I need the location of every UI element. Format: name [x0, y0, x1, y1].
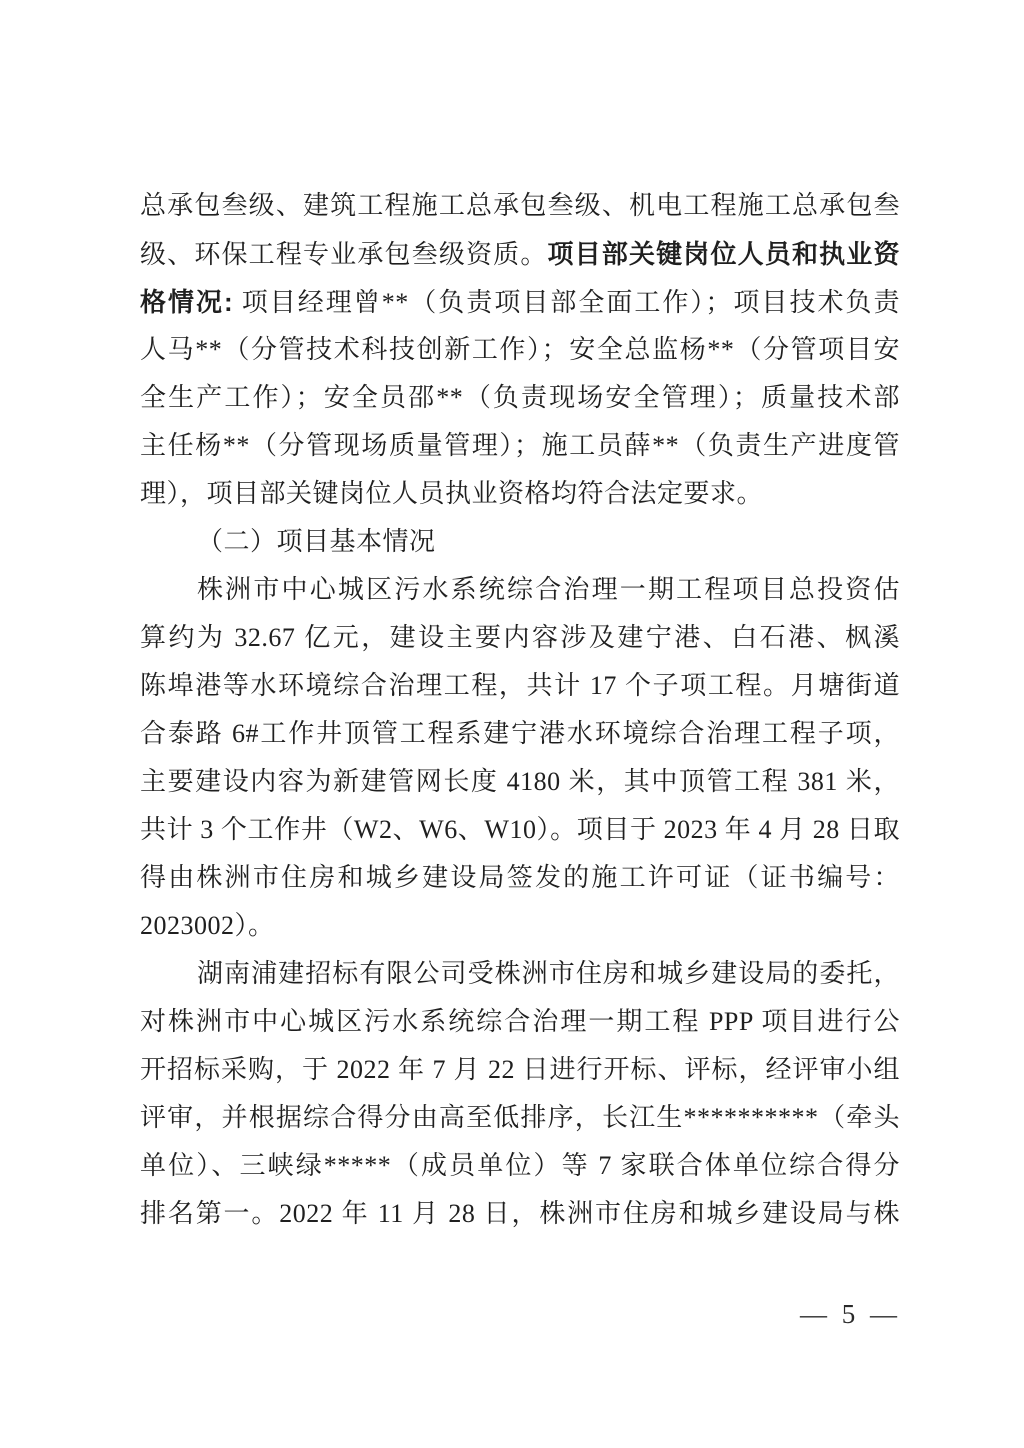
text-segment: （二）项目基本情况 [197, 527, 436, 556]
text-line: 湖南浦建招标有限公司受株洲市住房和城乡建设局的委托， [140, 950, 900, 998]
text-segment: 陈埠港等水环境综合治理工程，共计 17 个子项工程。月塘街道 [140, 671, 900, 700]
text-segment: 得由株洲市住房和城乡建设局签发的施工许可证（证书编号： [140, 863, 900, 892]
text-line: 陈埠港等水环境综合治理工程，共计 17 个子项工程。月塘街道 [140, 662, 900, 710]
text-line: 对株洲市中心城区污水系统综合治理一期工程 PPP 项目进行公 [140, 998, 900, 1046]
text-line: 算约为 32.67 亿元，建设主要内容涉及建宁港、白石港、枫溪港、 [140, 614, 900, 662]
text-line: 2023002）。 [140, 902, 900, 950]
text-segment: 共计 3 个工作井（W2、W6、W10）。项目于 2023 年 4 月 28 日… [140, 815, 900, 844]
text-segment: 主要建设内容为新建管网长度 4180 米，其中顶管工程 381 米， [140, 767, 900, 796]
text-segment: 评审，并根据综合得分由高至低排序，长江生**********（牵头 [140, 1103, 900, 1132]
text-line: 格情况: 项目经理曾**（负责项目部全面工作）；项目技术负责 [140, 278, 900, 326]
text-line: 株洲市中心城区污水系统综合治理一期工程项目总投资估 [140, 566, 900, 614]
text-line: 评审，并根据综合得分由高至低排序，长江生**********（牵头 [140, 1094, 900, 1142]
text-line: 单位）、三峡绿*****（成员单位）等 7 家联合体单位综合得分 [140, 1142, 900, 1190]
text-segment: 总承包叁级、建筑工程施工总承包叁级、机电工程施工总承包叁 [140, 191, 900, 220]
text-segment: 项目经理曾**（负责项目部全面工作）；项目技术负责 [233, 288, 900, 317]
text-line: 共计 3 个工作井（W2、W6、W10）。项目于 2023 年 4 月 28 日… [140, 806, 900, 854]
text-segment: 株洲市中心城区污水系统综合治理一期工程项目总投资估 [197, 575, 900, 604]
page-footer: — 5 — [0, 1294, 897, 1334]
text-line: 主要建设内容为新建管网长度 4180 米，其中顶管工程 381 米， [140, 758, 900, 806]
document-page: 总承包叁级、建筑工程施工总承包叁级、机电工程施工总承包叁级、环保工程专业承包叁级… [0, 0, 1024, 1448]
text-segment: 对株洲市中心城区污水系统综合治理一期工程 PPP 项目进行公 [140, 1007, 900, 1036]
text-segment: 排名第一。2022 年 11 月 28 日，株洲市住房和城乡建设局与株 [140, 1199, 900, 1228]
text-segment: 湖南浦建招标有限公司受株洲市住房和城乡建设局的委托， [197, 959, 900, 988]
text-line: 主任杨**（分管现场质量管理）；施工员薛**（负责生产进度管 [140, 422, 900, 470]
text-segment: 算约为 32.67 亿元，建设主要内容涉及建宁港、白石港、枫溪港、 [140, 623, 900, 662]
text-segment: 2023002）。 [140, 911, 275, 940]
text-line: 全生产工作）；安全员邵**（负责现场安全管理）；质量技术部 [140, 374, 900, 422]
text-line: 开招标采购，于 2022 年 7 月 22 日进行开标、评标，经评审小组 [140, 1046, 900, 1094]
text-segment: 单位）、三峡绿*****（成员单位）等 7 家联合体单位综合得分 [140, 1151, 900, 1180]
text-segment: 开招标采购，于 2022 年 7 月 22 日进行开标、评标，经评审小组 [140, 1055, 900, 1084]
text-segment: 全生产工作）；安全员邵**（负责现场安全管理）；质量技术部 [140, 383, 900, 412]
text-segment: 级、环保工程专业承包叁级资质。 [140, 240, 547, 269]
text-line: （二）项目基本情况 [140, 518, 900, 566]
text-line: 人马**（分管技术科技创新工作）；安全总监杨**（分管项目安 [140, 326, 900, 374]
text-segment: 主任杨**（分管现场质量管理）；施工员薛**（负责生产进度管 [140, 431, 900, 460]
text-line: 得由株洲市住房和城乡建设局签发的施工许可证（证书编号： [140, 854, 900, 902]
text-line: 排名第一。2022 年 11 月 28 日，株洲市住房和城乡建设局与株 [140, 1190, 900, 1238]
text-line: 级、环保工程专业承包叁级资质。项目部关键岗位人员和执业资 [140, 230, 900, 278]
document-body: 总承包叁级、建筑工程施工总承包叁级、机电工程施工总承包叁级、环保工程专业承包叁级… [140, 182, 900, 1238]
text-segment: 合泰路 6#工作井顶管工程系建宁港水环境综合治理工程子项， [140, 719, 900, 748]
text-line: 合泰路 6#工作井顶管工程系建宁港水环境综合治理工程子项， [140, 710, 900, 758]
text-segment: 人马**（分管技术科技创新工作）；安全总监杨**（分管项目安 [140, 335, 900, 364]
text-segment: 理），项目部关键岗位人员执业资格均符合法定要求。 [140, 479, 763, 508]
text-line: 总承包叁级、建筑工程施工总承包叁级、机电工程施工总承包叁 [140, 182, 900, 230]
text-line: 理），项目部关键岗位人员执业资格均符合法定要求。 [140, 470, 900, 518]
page-number: — 5 — [800, 1299, 897, 1329]
bold-text-segment: 项目部关键岗位人员和执业资 [547, 239, 900, 269]
bold-text-segment: 格情况: [140, 287, 233, 317]
